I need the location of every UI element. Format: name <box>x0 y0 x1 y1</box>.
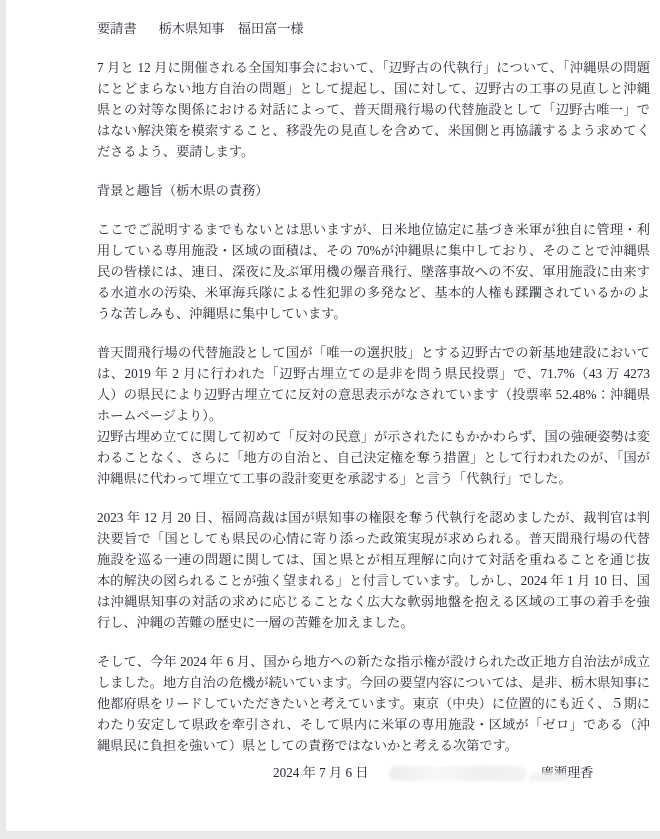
section-heading: 背景と趣旨（栃木県の責務） <box>97 180 650 201</box>
document-title-row: 要請書 栃木県知事 福田富一様 <box>97 18 650 39</box>
redacted-text-blur <box>389 766 527 781</box>
body-paragraph-court-ruling: 2023 年 12 月 20 日、福岡高裁は国が県知事の権限を奪う代執行を認めま… <box>97 507 650 633</box>
request-paragraph: 7 月と 12 月に開催される全国知事会において、「辺野古の代執行」について、「… <box>97 57 650 162</box>
body-paragraph-okinawa-burden: ここでご説明するまでもないとは思いますが、日米地位協定に基づき米軍が独自に管理・… <box>97 219 650 324</box>
document-content: 要請書 栃木県知事 福田富一様 7 月と 12 月に開催される全国知事会において… <box>6 0 660 783</box>
body-paragraph-conclusion: そして、今年 2024 年 6 月、国から地方への新たな指示権が設けられた改正地… <box>97 651 650 756</box>
body-paragraph-referendum: 普天間飛行場の代替施設として国が「唯一の選択肢」とする辺野古での新基地建設におい… <box>97 342 650 426</box>
body-paragraph-daishikko: 辺野古埋め立てに関して初めて「反対の民意」が示されたにもかかわらず、国の強硬姿勢… <box>97 426 650 489</box>
addressee: 栃木県知事 福田富一様 <box>159 18 304 39</box>
signature-date: 2024 年 7 月 6 日 <box>273 762 369 783</box>
signature-row: 2024 年 7 月 6 日 廣瀬理香 <box>97 762 650 783</box>
document-title: 要請書 <box>97 18 137 39</box>
document-viewer-background: 要請書 栃木県知事 福田富一様 7 月と 12 月に開催される全国知事会において… <box>0 0 660 839</box>
redacted-text-blur-tail <box>529 773 569 781</box>
document-page: 要請書 栃木県知事 福田富一様 7 月と 12 月に開催される全国知事会において… <box>6 0 660 831</box>
